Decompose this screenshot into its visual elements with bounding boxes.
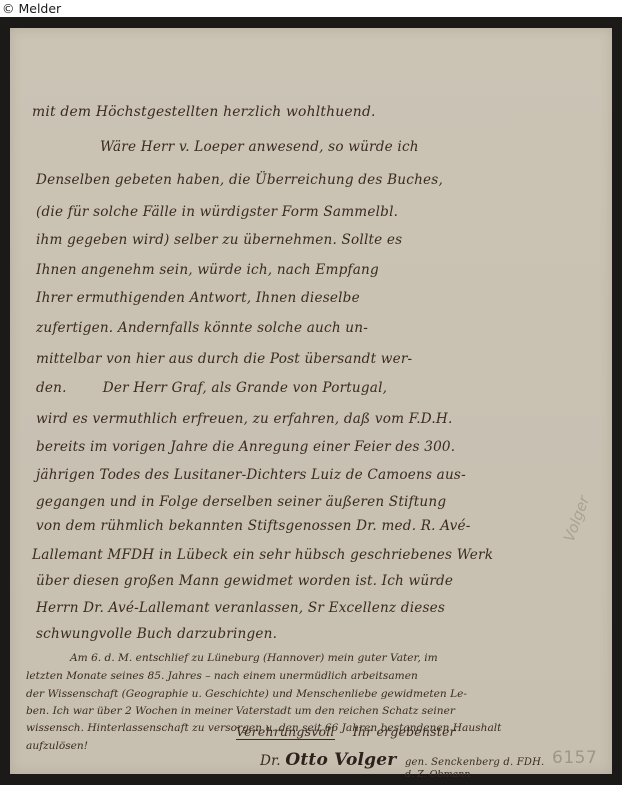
salutation-ergebenster: Ihr ergebenster [353,724,456,739]
letter-line: Ihrer ermuthigenden Antwort, Ihnen diese… [36,290,360,306]
letter-line: Wäre Herr v. Loeper anwesend, so würde i… [100,139,419,155]
letter-line: bereits im vorigen Jahre die Anregung ei… [36,439,455,455]
letter-line: Herrn Dr. Avé-Lallemant veranlassen, Sr … [36,600,445,616]
copyright-credit: © Melder [2,0,61,17]
pencil-name-annotation: Volger [560,493,593,544]
signature-suffix: gen. Senckenberg d. FDH. [405,757,544,768]
letter-line: wird es vermuthlich erfreuen, zu erfahre… [36,411,452,427]
letter-line: von dem rühmlich bekannten Stiftsgenosse… [36,518,471,534]
letter-line: ihm gegeben wird) selber zu übernehmen. … [36,232,402,248]
catalogue-number: 6157 [552,748,597,768]
signature-prefix: Dr. [260,753,281,769]
salutation-verehrungsvoll: Verehrungsvoll [236,724,335,740]
signature-title: d. Z. Obmann [405,769,470,780]
postscript-line: ben. Ich war über 2 Wochen in meiner Vat… [26,705,455,717]
credit-bar: © Melder [0,0,622,17]
letter-line: den. Der Herr Graf, als Grande von Portu… [36,380,387,396]
letter-line: mittelbar von hier aus durch die Post üb… [36,351,412,367]
letter-line: Ihnen angenehm sein, würde ich, nach Emp… [36,262,379,278]
letter-line: jährigen Todes des Lusitaner-Dichters Lu… [36,467,466,483]
letter-line: mit dem Höchstgestellten herzlich wohlth… [32,104,376,120]
letter-line: zufertigen. Andernfalls könnte solche au… [36,320,368,336]
letter-line: Denselben gebeten haben, die Überreichun… [36,172,443,188]
postscript-line: der Wissenschaft (Geographie u. Geschich… [26,688,467,700]
letter-line: (die für solche Fälle in würdigster Form… [36,204,398,220]
letter-line: gegangen und in Folge derselben seiner ä… [36,494,446,510]
letter-line: Lallemant MFDH in Lübeck ein sehr hübsch… [32,547,493,563]
letter-page: mit dem Höchstgestellten herzlich wohlth… [10,28,612,774]
letter-line: schwungvolle Buch darzubringen. [36,626,277,642]
signature-name: Otto Volger [285,750,396,770]
postscript-line: Am 6. d. M. entschlief zu Lüneburg (Hann… [70,652,438,664]
postscript-line: aufzulösen! [26,740,88,752]
postscript-line: letzten Monate seines 85. Jahres – nach … [26,670,418,682]
closing-salutation: Verehrungsvoll Ihr ergebenster [236,724,456,739]
letter-line: über diesen großen Mann gewidmet worden … [36,573,453,589]
signature-block: Dr. Otto Volger gen. Senckenberg d. FDH. [260,750,544,770]
